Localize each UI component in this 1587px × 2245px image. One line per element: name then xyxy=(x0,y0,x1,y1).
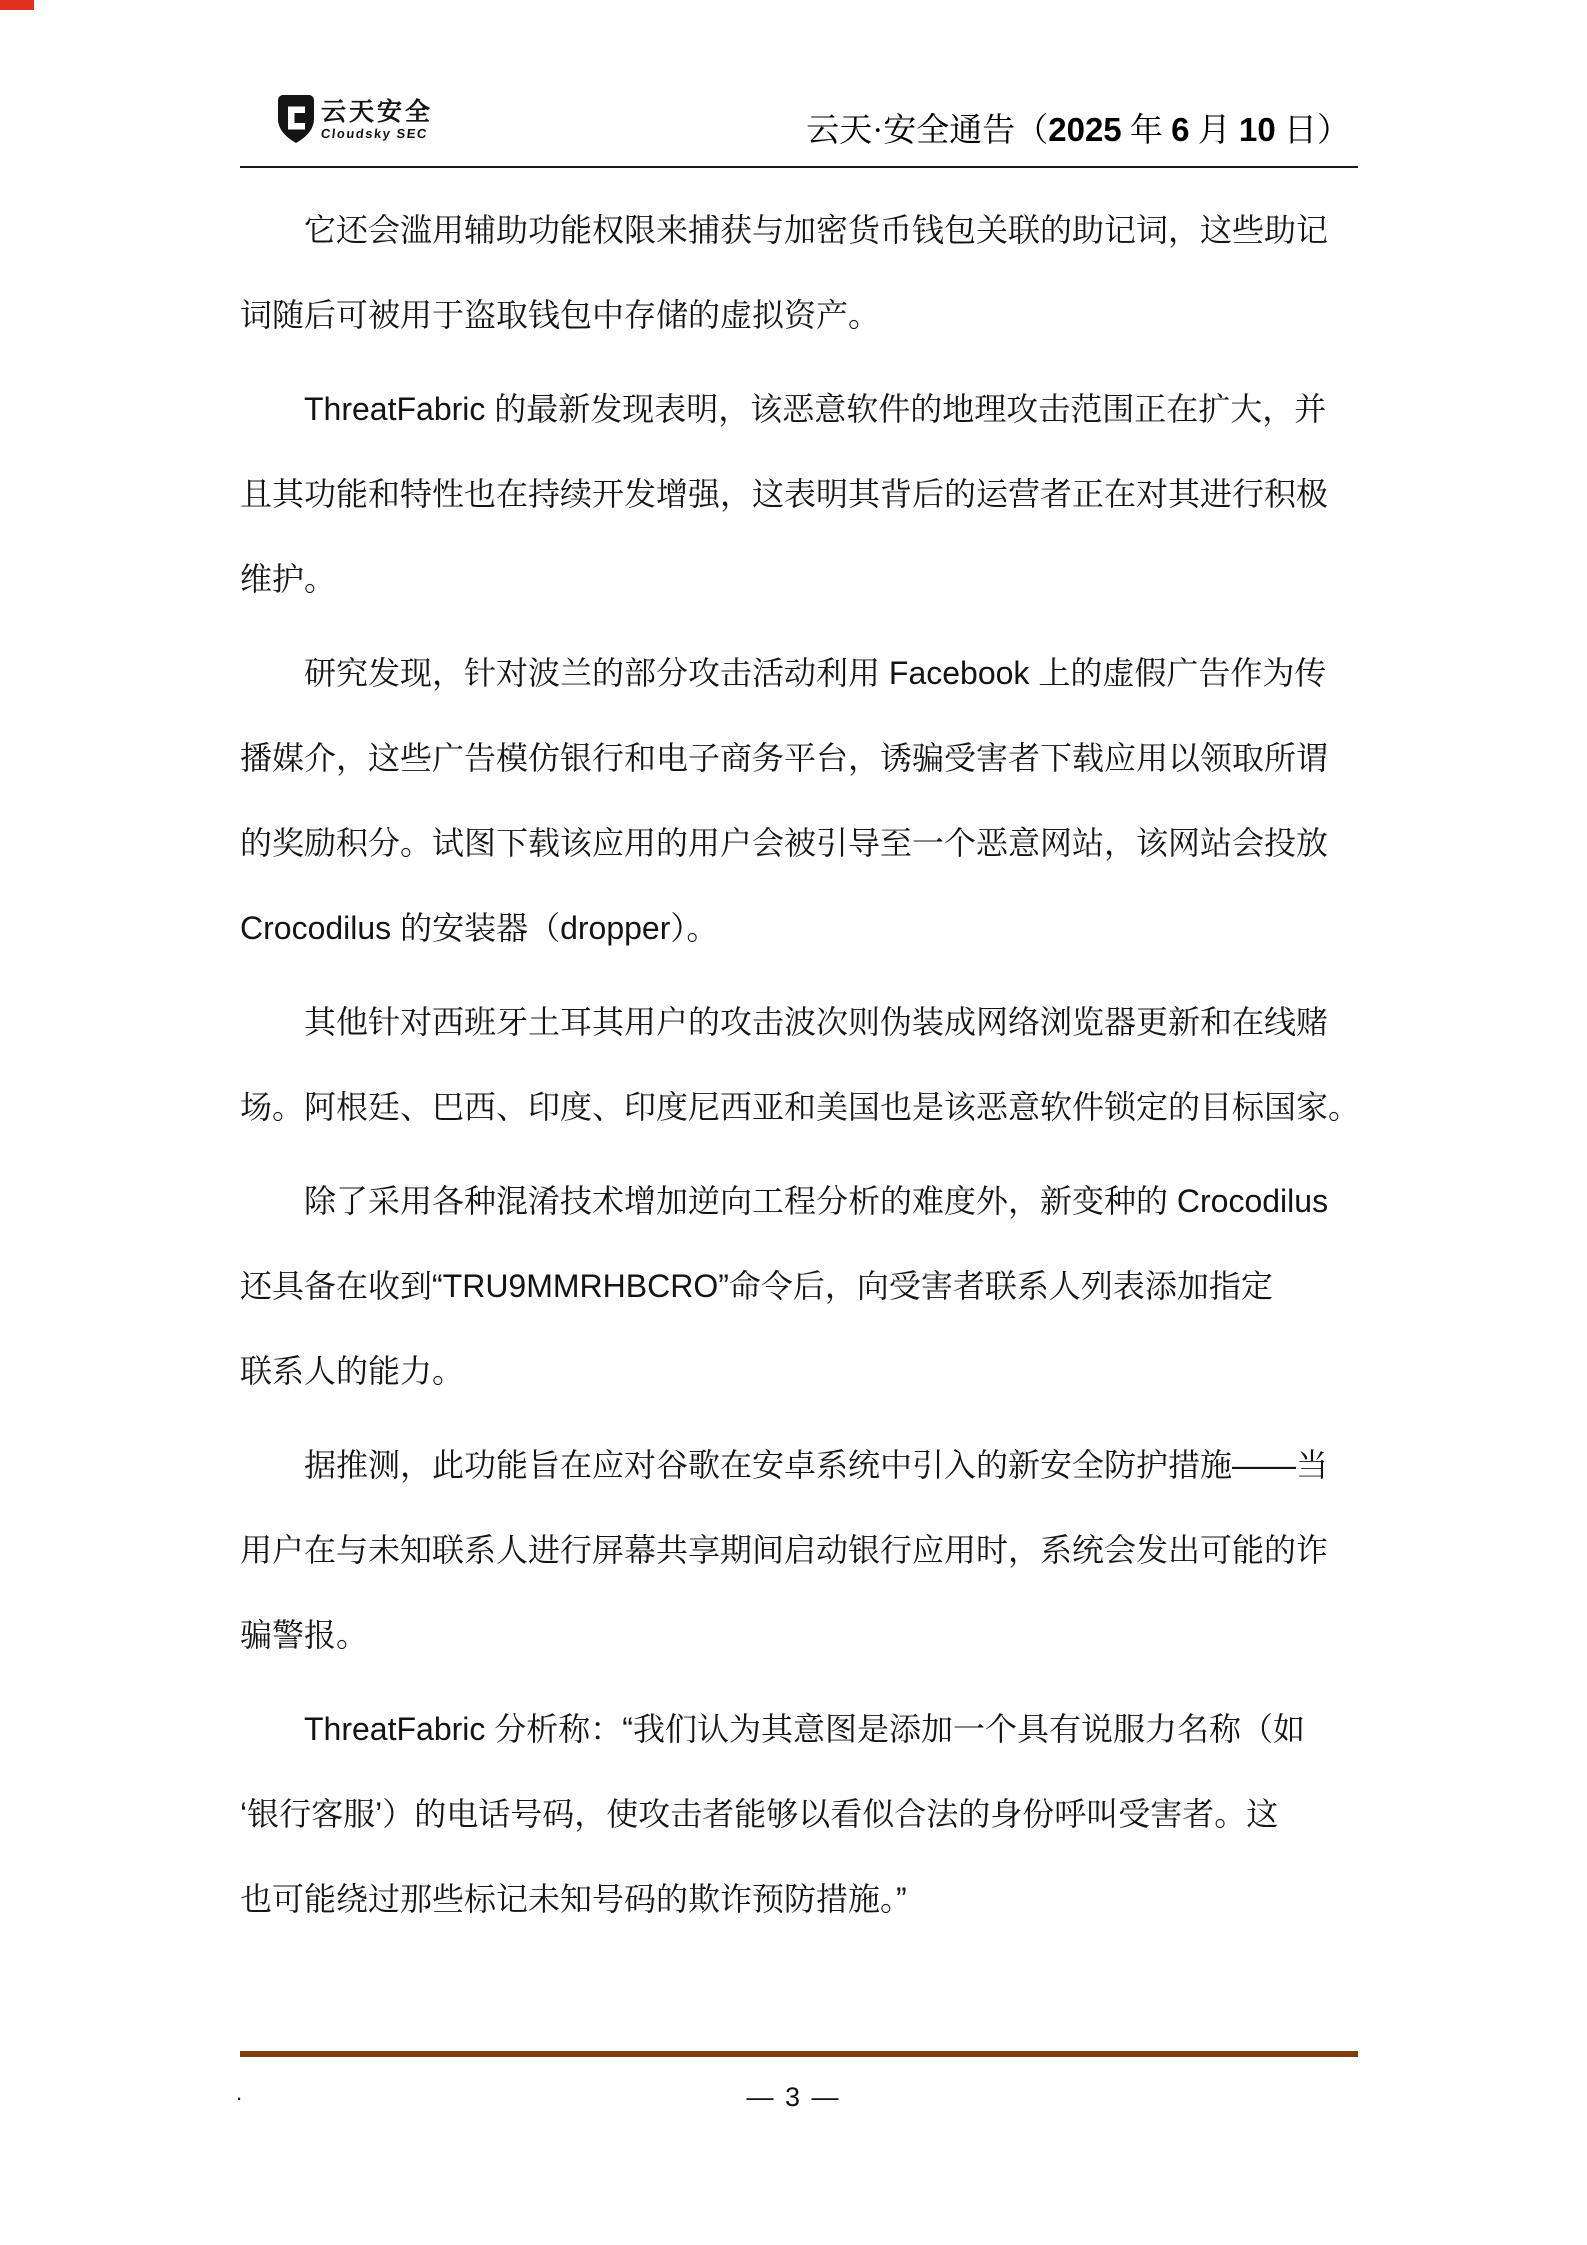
paragraph-line: 词随后可被用于盗取钱包中存储的虚拟资产。 xyxy=(240,273,1370,358)
title-text: 年 xyxy=(1122,113,1172,149)
paragraph-line: 且其功能和特性也在持续开发增强，这表明其背后的运营者正在对其进行积极 xyxy=(240,452,1370,537)
title-text: 日） xyxy=(1276,113,1350,149)
paragraph-line: 骗警报。 xyxy=(240,1593,1370,1678)
logo: 云天安全 Cloudsky SEC xyxy=(278,95,433,143)
paragraph-line: ‘银行客服’）的电话号码，使攻击者能够以看似合法的身份呼叫受害者。这 xyxy=(240,1772,1370,1857)
paragraph-line: 它还会滥用辅助功能权限来捕获与加密货币钱包关联的助记词，这些助记 xyxy=(240,188,1370,273)
paragraph-line: 的奖励积分。试图下载该应用的用户会被引导至一个恶意网站，该网站会投放 xyxy=(240,801,1370,886)
paragraph: 研究发现，针对波兰的部分攻击活动利用 Facebook 上的虚假广告作为传播媒介… xyxy=(240,631,1370,971)
paragraph-line: 用户在与未知联系人进行屏幕共享期间启动银行应用时，系统会发出可能的诈 xyxy=(240,1508,1370,1593)
paragraph: ThreatFabric 的最新发现表明，该恶意软件的地理攻击范围正在扩大，并且… xyxy=(240,367,1370,622)
title-number: 2025 xyxy=(1048,111,1121,148)
paragraph-line: 播媒介，这些广告模仿银行和电子商务平台，诱骗受害者下载应用以领取所谓 xyxy=(240,716,1370,801)
document-body: 它还会滥用辅助功能权限来捕获与加密货币钱包关联的助记词，这些助记词随后可被用于盗… xyxy=(240,188,1370,1951)
logo-text-en: Cloudsky SEC xyxy=(320,126,434,141)
paragraph-line: 除了采用各种混淆技术增加逆向工程分析的难度外，新变种的 Crocodilus xyxy=(240,1159,1370,1244)
title-text: 云天·安全通告（ xyxy=(806,113,1048,149)
paragraph-line: ThreatFabric 的最新发现表明，该恶意软件的地理攻击范围正在扩大，并 xyxy=(240,367,1370,452)
shield-c-icon xyxy=(278,95,314,143)
paragraph: 其他针对西班牙土耳其用户的攻击波次则伪装成网络浏览器更新和在线赌场。阿根廷、巴西… xyxy=(240,980,1370,1150)
paragraph-line: 维护。 xyxy=(240,537,1370,622)
footer-rule xyxy=(240,2051,1358,2057)
paragraph-line: 也可能绕过那些标记未知号码的欺诈预防措施。” xyxy=(240,1857,1370,1942)
header-rule xyxy=(240,166,1358,168)
page-number: — 3 — xyxy=(0,2082,1587,2113)
title-number: 10 xyxy=(1239,111,1276,148)
logo-text: 云天安全 Cloudsky SEC xyxy=(321,95,433,141)
paragraph: ThreatFabric 分析称：“我们认为其意图是添加一个具有说服力名称（如‘… xyxy=(240,1687,1370,1942)
title-number: 6 xyxy=(1171,111,1189,148)
paragraph-line: ThreatFabric 分析称：“我们认为其意图是添加一个具有说服力名称（如 xyxy=(240,1687,1370,1772)
paragraph-line: Crocodilus 的安装器（dropper）。 xyxy=(240,886,1370,971)
paragraph-line: 联系人的能力。 xyxy=(240,1329,1370,1414)
paragraph-line: 还具备在收到“TRU9MMRHBCRO”命令后，向受害者联系人列表添加指定 xyxy=(240,1244,1370,1329)
paragraph: 除了采用各种混淆技术增加逆向工程分析的难度外，新变种的 Crocodilus还具… xyxy=(240,1159,1370,1414)
paragraph: 它还会滥用辅助功能权限来捕获与加密货币钱包关联的助记词，这些助记词随后可被用于盗… xyxy=(240,188,1370,358)
header-title: 云天·安全通告（2025 年 6 月 10 日） xyxy=(806,112,1350,149)
logo-text-cn: 云天安全 xyxy=(321,99,433,126)
document-page: 云天安全 Cloudsky SEC 云天·安全通告（2025 年 6 月 10 … xyxy=(0,0,1587,2245)
paragraph-line: 据推测，此功能旨在应对谷歌在安卓系统中引入的新安全防护措施——当 xyxy=(240,1423,1370,1508)
title-text: 月 xyxy=(1190,113,1240,149)
paragraph: 据推测，此功能旨在应对谷歌在安卓系统中引入的新安全防护措施——当用户在与未知联系… xyxy=(240,1423,1370,1678)
corner-red-mark xyxy=(0,0,34,10)
paragraph-line: 研究发现，针对波兰的部分攻击活动利用 Facebook 上的虚假广告作为传 xyxy=(240,631,1370,716)
paragraph-line: 其他针对西班牙土耳其用户的攻击波次则伪装成网络浏览器更新和在线赌 xyxy=(240,980,1370,1065)
paragraph-line: 场。阿根廷、巴西、印度、印度尼西亚和美国也是该恶意软件锁定的目标国家。 xyxy=(240,1065,1370,1150)
